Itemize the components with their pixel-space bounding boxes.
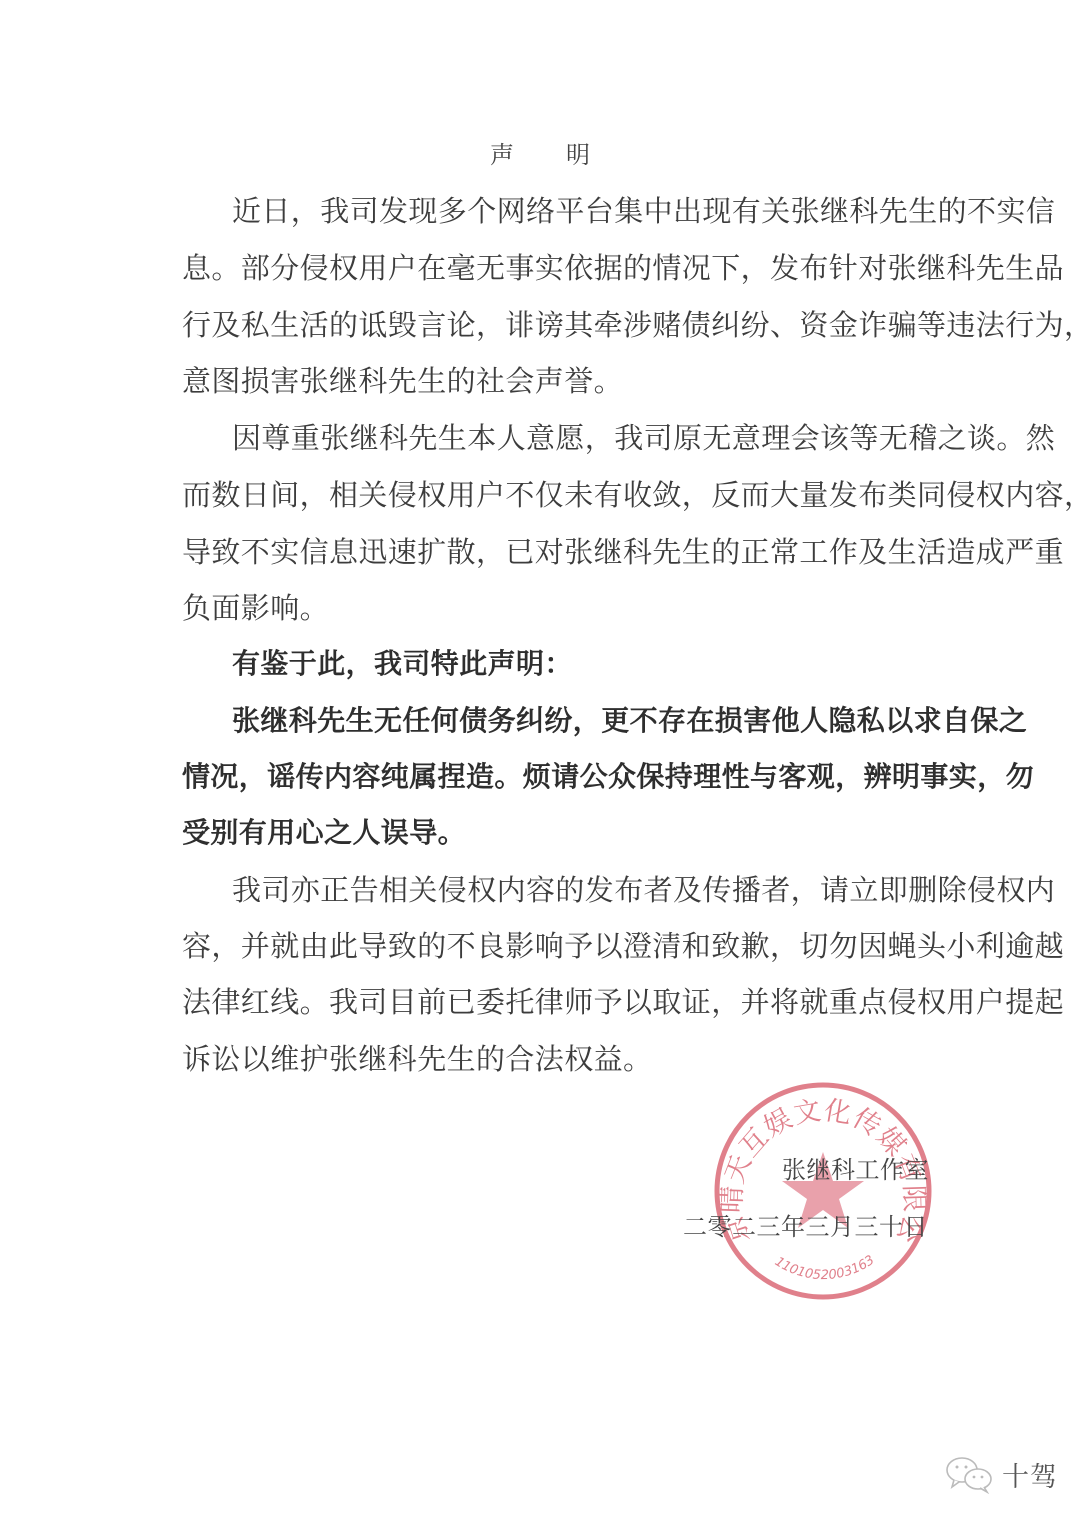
paragraph-line: 我司亦正告相关侵权内容的发布者及传播者，请立即删除侵权内 bbox=[232, 870, 938, 910]
title-char: 声 bbox=[490, 141, 514, 169]
company-seal: 北京晴天互娱文化传媒有限公司 1101052003163 bbox=[712, 1080, 934, 1302]
paragraph-line: 有鉴于此，我司特此声明： bbox=[232, 644, 938, 684]
paragraph-line: 诉讼以维护张继科先生的合法权益。 bbox=[182, 1039, 938, 1079]
seal-icon: 北京晴天互娱文化传媒有限公司 1101052003163 bbox=[712, 1080, 934, 1302]
paragraph-line: 法律红线。我司目前已委托律师予以取证，并将就重点侵权用户提起 bbox=[182, 982, 938, 1022]
paragraph-line: 容，并就由此导致的不良影响予以澄清和致歉，切勿因蝇头小利逾越 bbox=[182, 926, 938, 966]
paragraph-line: 而数日间，相关侵权用户不仅未有收敛，反而大量发布类同侵权内容， bbox=[182, 475, 938, 515]
watermark: 十驾 bbox=[944, 1452, 1058, 1496]
paragraph-line: 负面影响。 bbox=[182, 588, 938, 628]
paragraph-line: 情况，谣传内容纯属捏造。烦请公众保持理性与客观，辨明事实，勿 bbox=[182, 757, 938, 797]
wechat-icon bbox=[944, 1454, 996, 1494]
watermark-text: 十驾 bbox=[1002, 1455, 1058, 1494]
paragraph-line: 受别有用心之人误导。 bbox=[182, 813, 938, 853]
svg-text:1101052003163: 1101052003163 bbox=[772, 1253, 877, 1283]
paragraph-line: 行及私生活的诋毁言论，诽谤其牵涉赌债纠纷、资金诈骗等违法行为， bbox=[182, 305, 938, 345]
title-char: 明 bbox=[566, 141, 590, 169]
statement-document: 声明 近日，我司发现多个网络平台集中出现有关张继科先生的不实信 息。部分侵权用户… bbox=[0, 0, 1080, 1528]
paragraph-line: 导致不实信息迅速扩散，已对张继科先生的正常工作及生活造成严重 bbox=[182, 532, 938, 572]
paragraph-line: 张继科先生无任何债务纠纷，更不存在损害他人隐私以求自保之 bbox=[232, 701, 938, 741]
paragraph-line: 意图损害张继科先生的社会声誉。 bbox=[182, 361, 938, 401]
paragraph-line: 因尊重张继科先生本人意愿，我司原无意理会该等无稽之谈。然 bbox=[232, 418, 938, 458]
signature-date: 二零二三年三月三十日 bbox=[683, 1211, 928, 1243]
signature: 张继科工作室 bbox=[782, 1154, 929, 1186]
paragraph-line: 近日，我司发现多个网络平台集中出现有关张继科先生的不实信 bbox=[232, 191, 938, 231]
document-title: 声明 bbox=[0, 138, 1080, 172]
seal-registration-number: 1101052003163 bbox=[772, 1253, 877, 1283]
paragraph-line: 息。部分侵权用户在毫无事实依据的情况下，发布针对张继科先生品 bbox=[182, 248, 938, 288]
